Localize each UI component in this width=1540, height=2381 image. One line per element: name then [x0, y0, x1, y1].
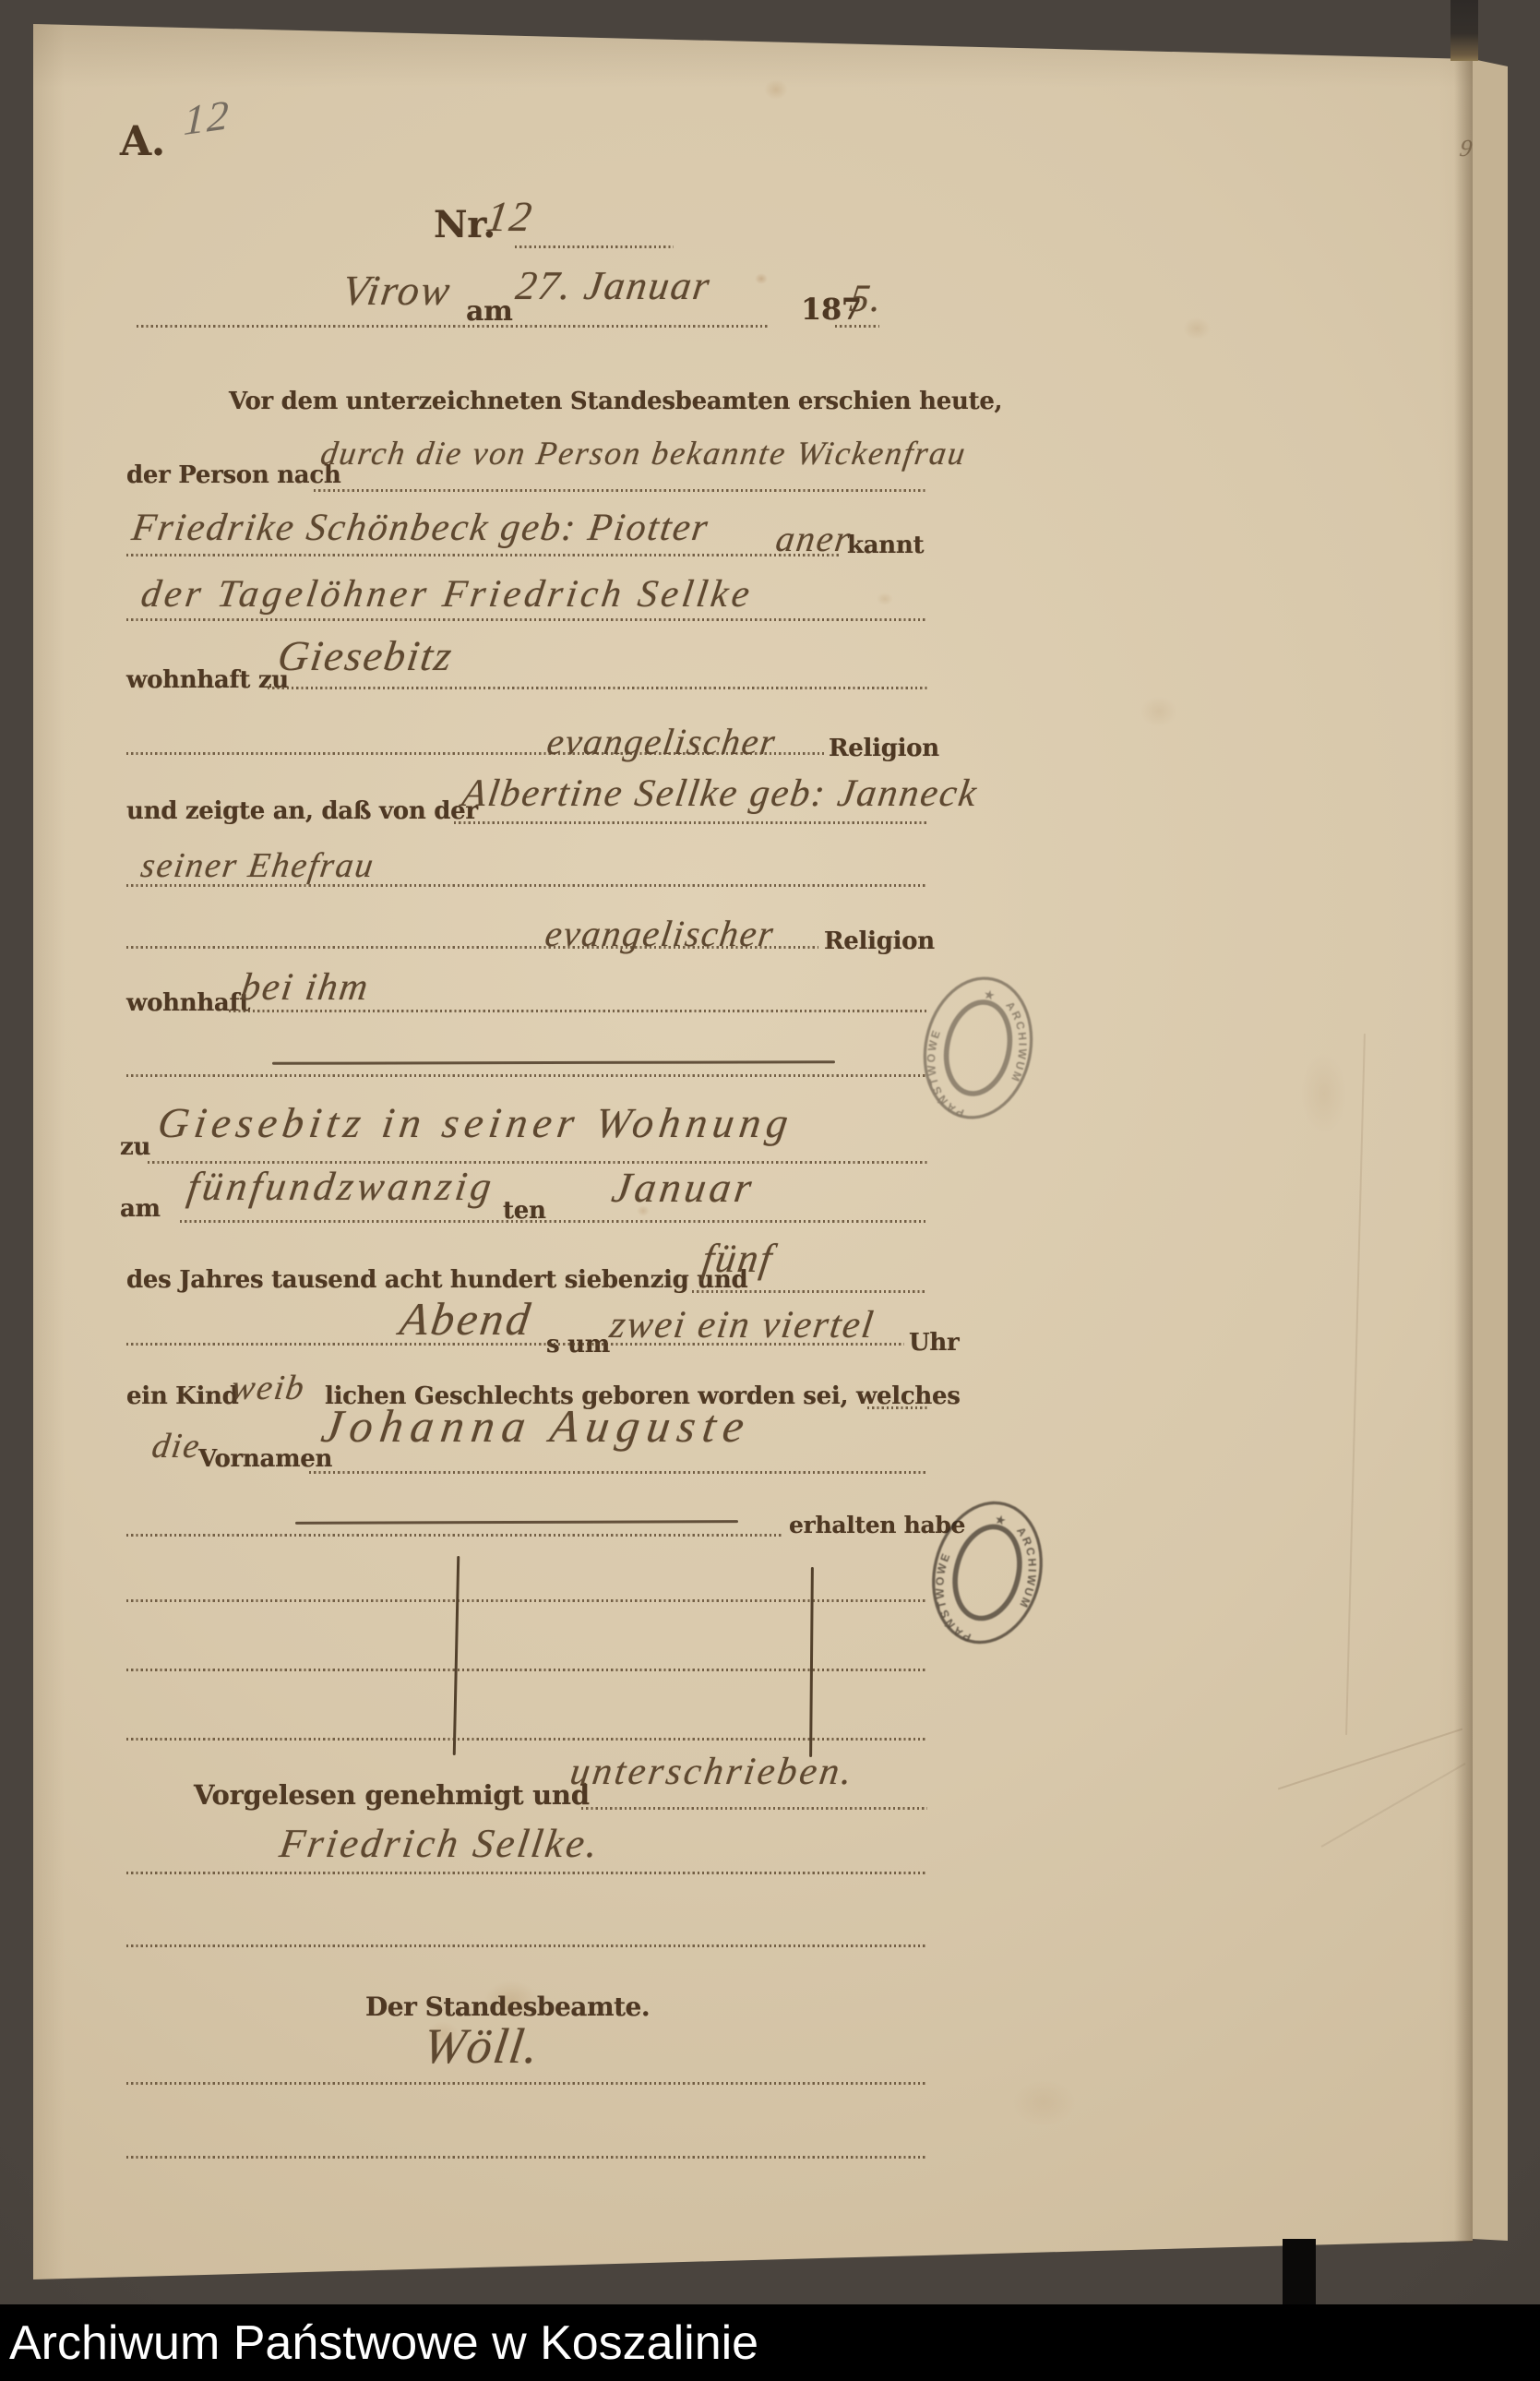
dotted-line — [867, 1406, 927, 1409]
birthplace-label: zu — [120, 1133, 150, 1161]
date-value: 27. Januar — [513, 262, 714, 309]
dotted-line — [126, 1599, 927, 1602]
dotted-line — [126, 618, 927, 621]
residence-value: Giesebitz — [275, 631, 457, 680]
adjacent-page-tab — [1450, 0, 1478, 61]
notify-label: und zeigte an, daß von der — [126, 797, 478, 825]
given-names: Johanna Auguste — [318, 1399, 755, 1453]
religion-value-1: evangelischer — [544, 720, 780, 763]
birthday-value: fünfundzwanzig — [185, 1163, 497, 1210]
declarant-name: Friedrike Schönbeck geb: Piotter — [129, 506, 712, 550]
dotted-line — [515, 245, 674, 248]
identity-label: der Person nach — [126, 461, 340, 489]
registrar-signature: Wöll. — [420, 2017, 543, 2075]
svg-text:ARCHIWUM: ARCHIWUM — [997, 1523, 1051, 1612]
dotted-line — [126, 2156, 927, 2159]
year-handwritten-digit: 5. — [847, 277, 886, 321]
dotted-line — [126, 1738, 927, 1741]
dotted-line — [126, 2082, 927, 2085]
mother-relation: seiner Ehefrau — [138, 845, 377, 886]
vornamen-article: die — [149, 1426, 204, 1466]
archive-watermark-text: Archiwum Państwowe w Koszalinie — [9, 2315, 758, 2371]
dotted-line — [309, 1471, 927, 1474]
sex-value: weib — [229, 1368, 308, 1408]
corner-letter: A. — [120, 118, 165, 165]
religion-label-1: Religion — [829, 735, 939, 762]
dotted-line — [454, 821, 927, 824]
dotted-line — [126, 1669, 927, 1671]
declarant-signature: Friedrich Sellke. — [277, 1820, 603, 1867]
dotted-line — [137, 325, 768, 328]
dotted-line — [126, 1534, 783, 1537]
binding-strip — [1283, 2239, 1316, 2307]
dotted-line — [229, 1010, 927, 1012]
religion-label-2: Religion — [824, 927, 935, 955]
am-label: am — [466, 295, 513, 328]
dotted-line — [581, 1807, 927, 1810]
dotted-line — [268, 687, 927, 689]
intro-text: Vor dem unterzeichneten Standesbeamten e… — [229, 388, 1002, 415]
identity-handwritten: durch die von Person bekannte Wickenfrau — [318, 434, 969, 473]
stamp-star: ★ — [993, 1513, 1008, 1529]
residence-label: wohnhaft zu — [126, 666, 289, 694]
record-number-value: 12 — [483, 192, 536, 241]
dotted-line — [126, 1944, 927, 1947]
scanned-document: A. 12 9 Nr. 12 Virow am 27. Januar 187 5… — [0, 0, 1540, 2381]
stamp-text-archiwum: ARCHIWUM — [997, 1523, 1051, 1612]
year-line-label: des Jahres tausend acht hundert siebenzi… — [126, 1266, 747, 1294]
dotted-line — [180, 1220, 927, 1223]
religion-value-2: evangelischer — [543, 912, 778, 955]
dotted-line — [126, 1074, 927, 1077]
dotted-line — [314, 489, 927, 492]
time-value: zwei ein viertel — [607, 1303, 877, 1347]
mother-name: Albertine Sellke geb: Janneck — [460, 772, 981, 816]
year-value: fünf — [699, 1235, 777, 1282]
pencil-number: 12 — [183, 90, 232, 145]
residence2-value: bei ihm — [238, 965, 373, 1010]
dotted-line — [692, 1290, 927, 1293]
dotted-line — [126, 884, 927, 887]
uhr-label: Uhr — [909, 1329, 959, 1357]
stamp-star: ★ — [982, 988, 996, 1004]
vornamen-label: Vornamen — [198, 1445, 332, 1473]
father-line-handwritten: der Tagelöhner Friedrich Sellke — [138, 572, 756, 616]
dotted-line — [126, 1872, 927, 1874]
archive-watermark-bar: Archiwum Państwowe w Koszalinie — [0, 2304, 1540, 2381]
page-fold-shadow — [1454, 55, 1473, 2243]
birthday-label: am — [120, 1195, 161, 1223]
child-label: ein Kind — [126, 1382, 239, 1410]
closing-handwritten: unterschrieben. — [567, 1750, 857, 1794]
dotted-line — [126, 1343, 904, 1346]
recognized-printed: kannt — [847, 532, 924, 559]
birthplace-value: Giesebitz in seiner Wohnung — [155, 1098, 796, 1147]
daytime-value: Abend — [397, 1292, 536, 1346]
residence2-label: wohnhaft — [126, 989, 250, 1017]
birth-month: Januar — [609, 1163, 758, 1212]
dotted-line — [126, 554, 842, 556]
place-value: Virow — [340, 266, 455, 315]
closing-label: Vorgelesen genehmigt und — [194, 1779, 590, 1811]
